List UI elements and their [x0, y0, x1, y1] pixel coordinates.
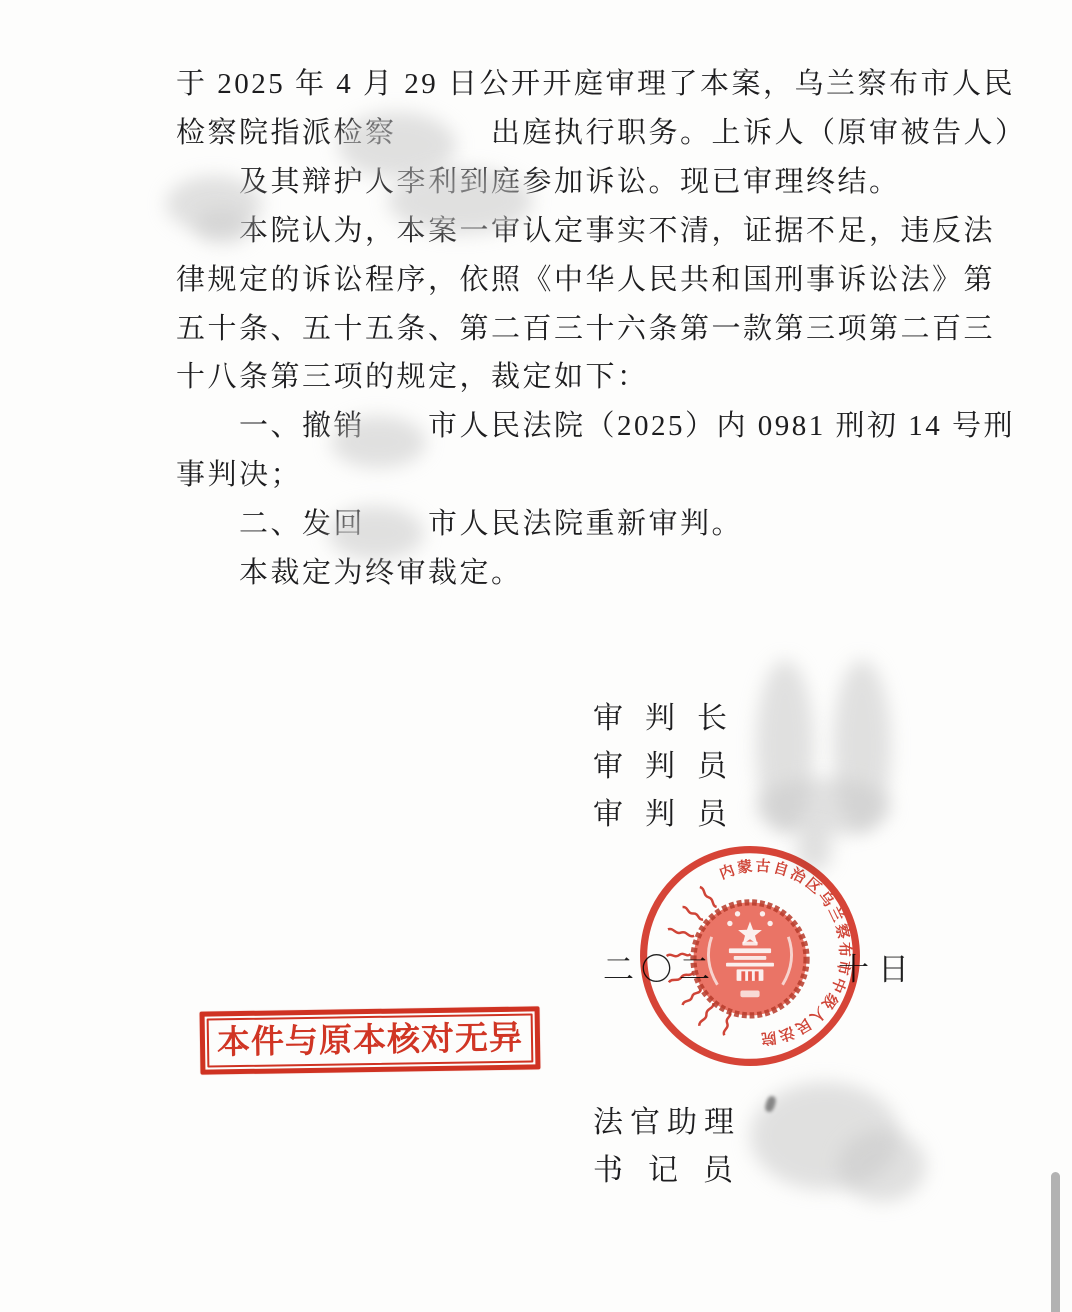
body-line: 一、撤销 市人民法院（2025）内 0981 刑初 14 号刑 [176, 402, 920, 451]
body-line: 及其辩护人李利到庭参加诉讼。现已审理终结。 [176, 158, 920, 207]
body-line: 检察院指派检察 出庭执行职务。上诉人（原审被告人） [176, 109, 920, 158]
verification-stamp: 本件与原本核对无异 [200, 1006, 541, 1075]
presiding-judge-label: 审判长 [593, 693, 749, 737]
body-line: 五十条、五十五条、第二百三十六条第一款第三项第二百三 [176, 305, 920, 354]
judge-label: 审判员 [593, 789, 749, 833]
body-line: 于 2025 年 4 月 29 日公开开庭审理了本案，乌兰察布市人民 [176, 60, 920, 109]
document-page: 于 2025 年 4 月 29 日公开开庭审理了本案，乌兰察布市人民检察院指派检… [0, 0, 1072, 1312]
body-line: 本裁定为终审裁定。 [176, 549, 920, 598]
body-line: 二、发回 市人民法院重新审判。 [176, 500, 920, 549]
redaction-blur [838, 1130, 926, 1202]
verification-stamp-text: 本件与原本核对无异 [207, 1013, 534, 1067]
redaction-blur [328, 506, 424, 560]
scrollbar-thumb[interactable] [1051, 1172, 1060, 1312]
redaction-blur [756, 778, 891, 836]
redaction-blur [331, 416, 426, 468]
court-seal: 内蒙古自治区乌兰察布市中级人民法院 [635, 841, 865, 1071]
redaction-blur [338, 112, 456, 178]
body-line: 事判决； [176, 451, 920, 500]
judge-label: 审判员 [593, 741, 749, 785]
body-line: 律规定的诉讼程序，依照《中华人民共和国刑事诉讼法》第 [176, 256, 920, 305]
assistant-judge-label: 法官助理 [593, 1097, 741, 1141]
redaction-blur [388, 168, 533, 234]
seal-national-emblem [693, 902, 806, 1015]
clerk-label: 书记员 [593, 1145, 758, 1189]
body-line: 本院认为，本案一审认定事实不清，证据不足，违反法 [176, 207, 920, 256]
redaction-blur [194, 210, 252, 244]
body-text: 于 2025 年 4 月 29 日公开开庭审理了本案，乌兰察布市人民检察院指派检… [176, 60, 920, 598]
body-line: 十八条第三项的规定，裁定如下： [176, 353, 920, 402]
